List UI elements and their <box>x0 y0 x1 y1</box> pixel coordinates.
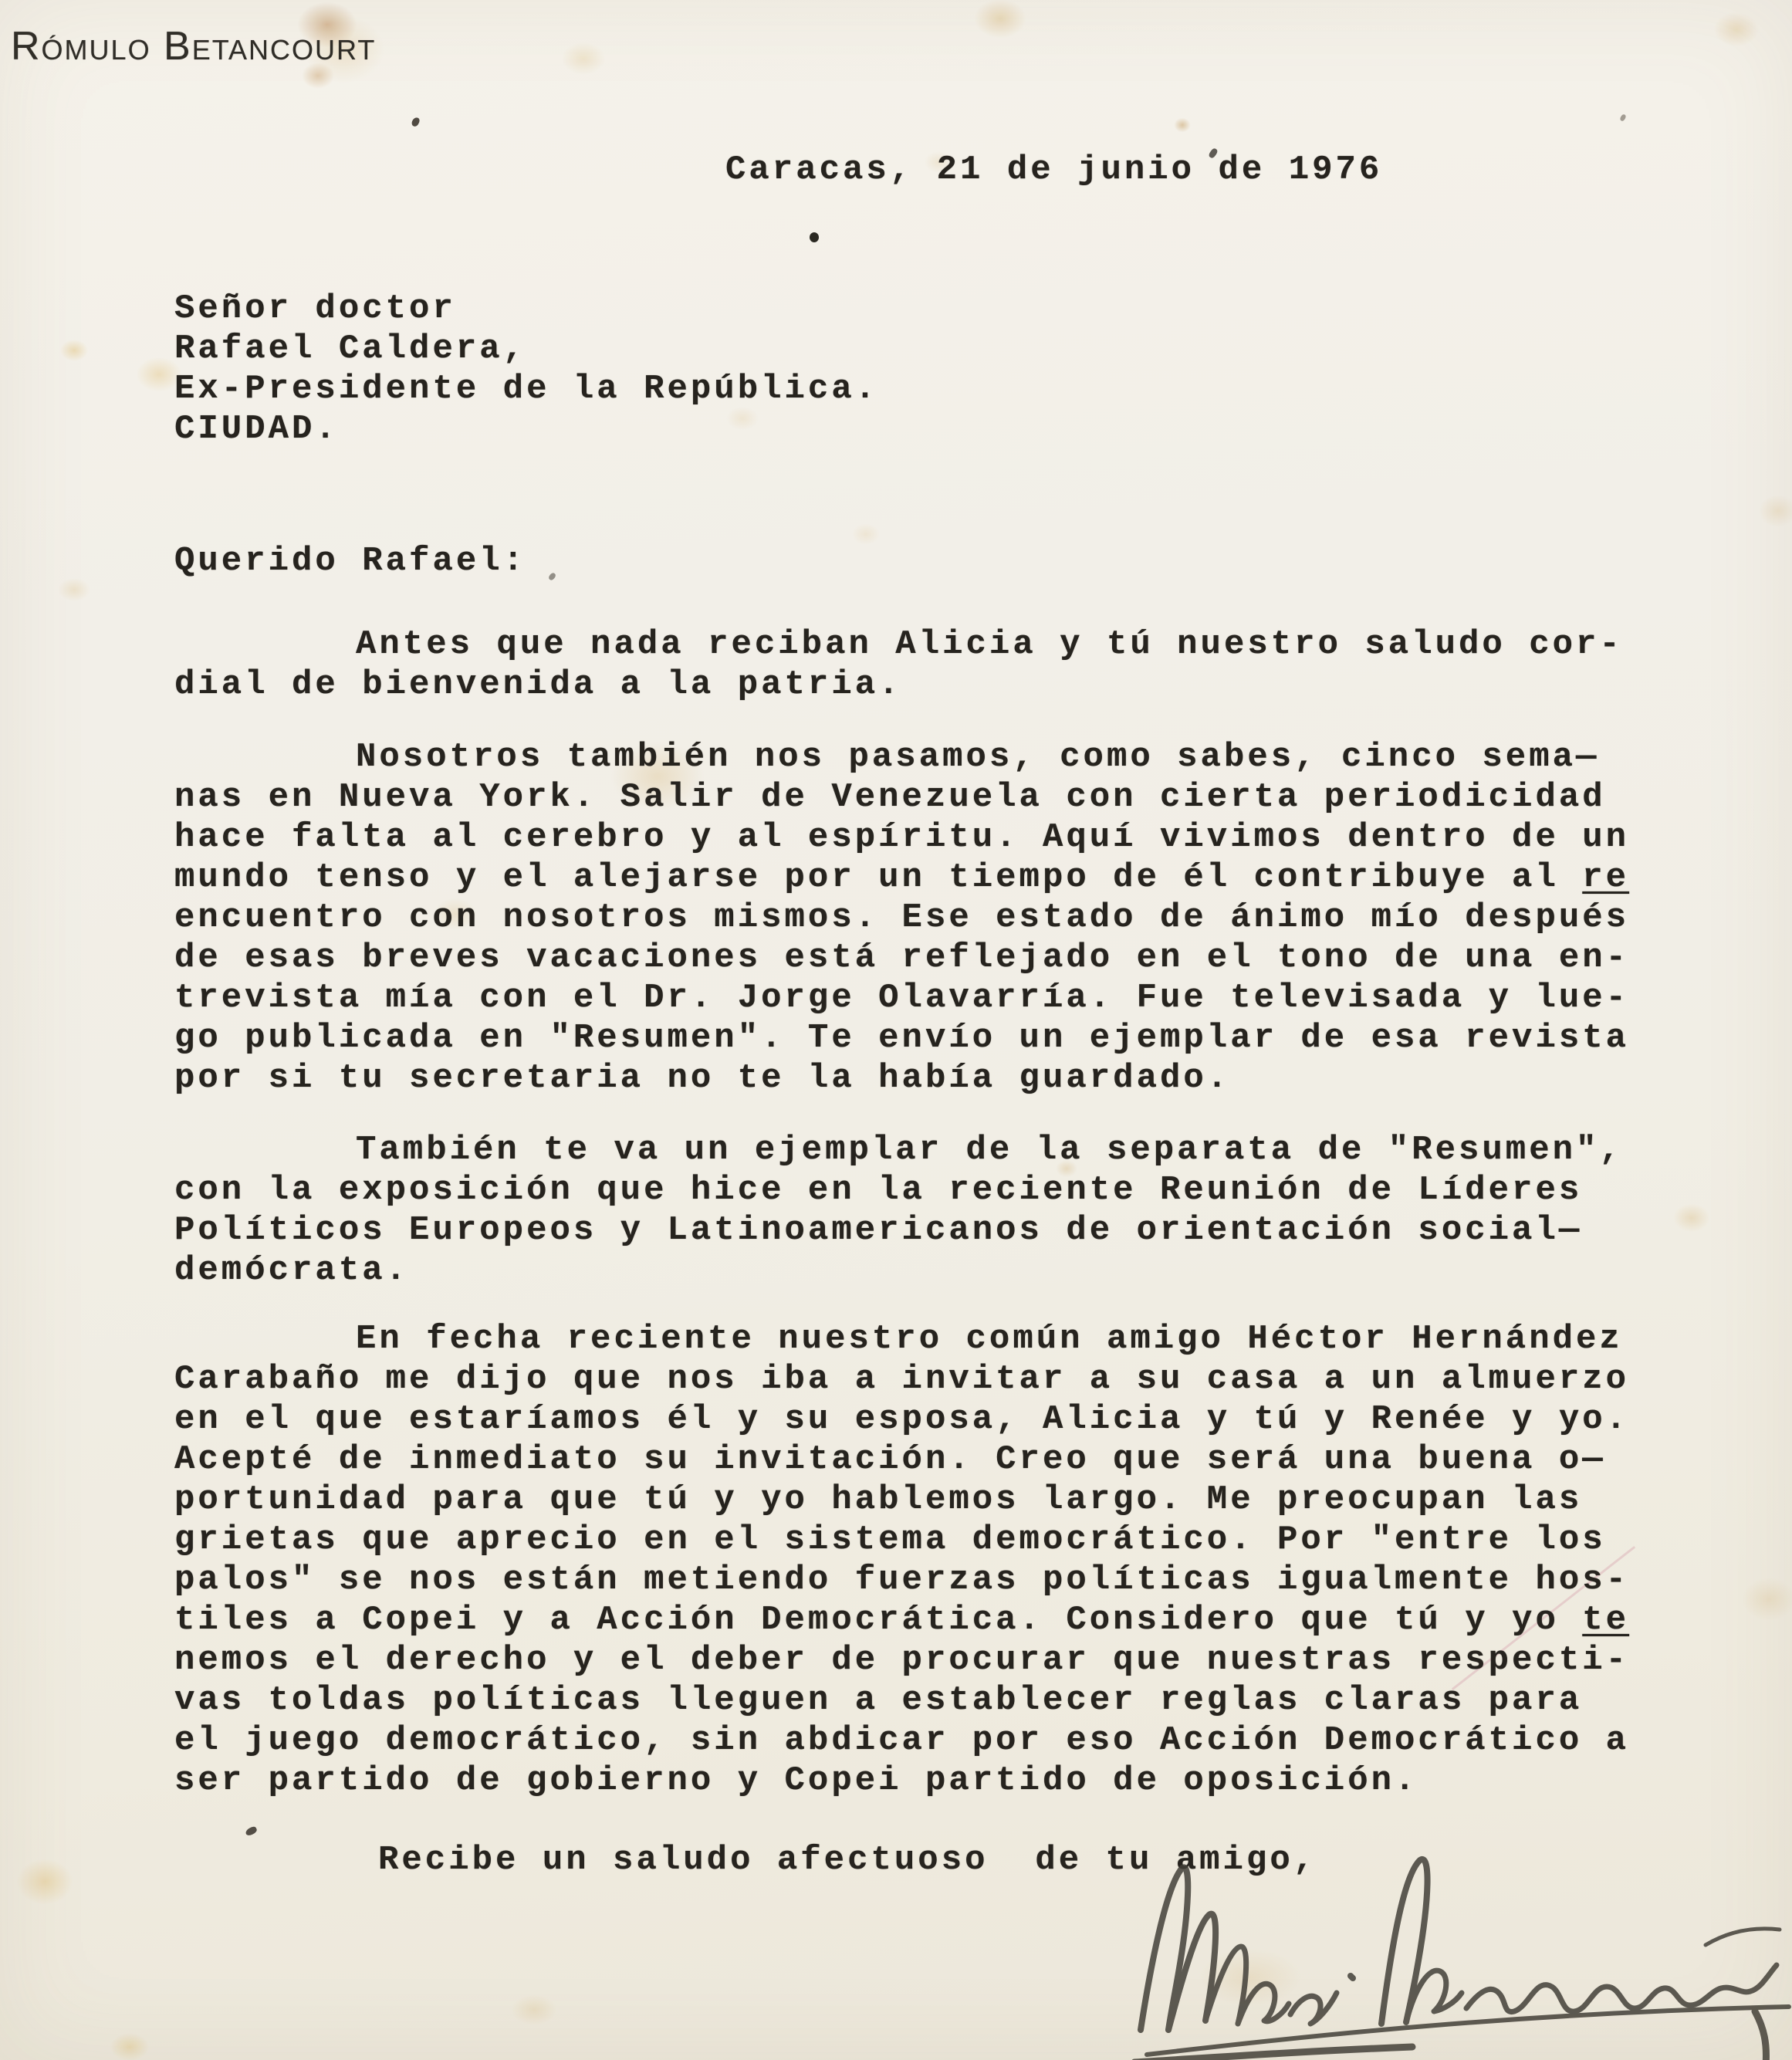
recipient-line: Señor doctor <box>174 289 878 329</box>
ink-speck <box>245 1825 258 1836</box>
ink-speck <box>548 572 557 581</box>
letter-page: Rómulo Betancourt Caracas, 21 de junio d… <box>0 0 1792 2060</box>
line-text: Nosotros también nos pasamos, como sabes… <box>356 738 1599 776</box>
line-text: hace falta al cerebro y al espíritu. Aqu… <box>174 818 1629 857</box>
typed-line: También te va un ejemplar de la separata… <box>174 1130 1623 1170</box>
line-text: nemos el derecho y el deber de procurar … <box>174 1641 1629 1679</box>
line-text: nas en Nueva York. Salir de Venezuela co… <box>174 778 1606 817</box>
line-text: el juego democrático, sin abdicar por es… <box>174 1721 1629 1760</box>
recipient-line: Ex-Presidente de la República. <box>174 369 878 409</box>
typed-line: de esas breves vacaciones está reflejado… <box>174 938 1629 978</box>
recipient-line: Rafael Caldera, <box>174 329 878 369</box>
signature-handwriting <box>1119 1829 1792 2060</box>
line-text: portunidad para que tú y yo hablemos lar… <box>174 1480 1582 1519</box>
typed-line: en el que estaríamos él y su esposa, Ali… <box>174 1399 1629 1439</box>
typed-line: nas en Nueva York. Salir de Venezuela co… <box>174 777 1629 817</box>
paragraph-1: Antes que nada reciban Alicia y tú nuest… <box>174 624 1623 705</box>
typed-line: hace falta al cerebro y al espíritu. Aqu… <box>174 817 1629 857</box>
paragraph-3: También te va un ejemplar de la separata… <box>174 1130 1623 1290</box>
typed-line: demócrata. <box>174 1250 1623 1290</box>
typed-line: ser partido de gobierno y Copei partido … <box>174 1761 1629 1801</box>
typed-line: Antes que nada reciban Alicia y tú nuest… <box>174 624 1623 665</box>
line-text: dial de bienvenida a la patria. <box>174 665 902 704</box>
typed-line: tiles a Copei y a Acción Democrática. Co… <box>174 1600 1629 1640</box>
letterhead-name: Rómulo Betancourt <box>11 23 376 69</box>
line-text: En fecha reciente nuestro común amigo Hé… <box>356 1320 1623 1358</box>
typed-line: el juego democrático, sin abdicar por es… <box>174 1720 1629 1761</box>
typed-line: trevista mía con el Dr. Jorge Olavarría.… <box>174 978 1629 1018</box>
line-text: demócrata. <box>174 1251 409 1290</box>
ink-speck <box>810 232 819 242</box>
ink-speck <box>411 117 421 127</box>
typed-line: nemos el derecho y el deber de procurar … <box>174 1640 1629 1680</box>
typed-line: En fecha reciente nuestro común amigo Hé… <box>174 1319 1629 1359</box>
typed-line: dial de bienvenida a la patria. <box>174 665 1623 705</box>
line-underlined-tail: te <box>1582 1601 1629 1639</box>
line-text: ser partido de gobierno y Copei partido … <box>174 1761 1418 1800</box>
line-text: mundo tenso y el alejarse por un tiempo … <box>174 858 1582 897</box>
typed-line: Políticos Europeos y Latinoamericanos de… <box>174 1210 1623 1250</box>
typed-line: grietas que aprecio en el sistema democr… <box>174 1520 1629 1560</box>
typed-line: portunidad para que tú y yo hablemos lar… <box>174 1480 1629 1520</box>
typed-line: vas toldas políticas lleguen a establece… <box>174 1680 1629 1720</box>
typed-line: Nosotros también nos pasamos, como sabes… <box>174 737 1629 777</box>
line-text: con la exposición que hice en la recient… <box>174 1171 1582 1209</box>
line-text: Acepté de inmediato su invitación. Creo … <box>174 1440 1606 1479</box>
line-text: vas toldas políticas lleguen a establece… <box>174 1681 1582 1720</box>
typed-line: por si tu secretaria no te la había guar… <box>174 1058 1629 1098</box>
recipient-block: Señor doctor Rafael Caldera, Ex-Presiden… <box>174 289 878 449</box>
line-underlined-tail: re <box>1582 858 1629 897</box>
line-text: También te va un ejemplar de la separata… <box>356 1131 1623 1169</box>
line-text: tiles a Copei y a Acción Democrática. Co… <box>174 1601 1582 1639</box>
paragraph-2: Nosotros también nos pasamos, como sabes… <box>174 737 1629 1098</box>
typed-line: encuentro con nosotros mismos. Ese estad… <box>174 898 1629 938</box>
typed-line: go publicada en "Resumen". Te envío un e… <box>174 1018 1629 1058</box>
typed-line: con la exposición que hice en la recient… <box>174 1170 1623 1210</box>
line-text: encuentro con nosotros mismos. Ese estad… <box>174 898 1629 937</box>
line-text: trevista mía con el Dr. Jorge Olavarría.… <box>174 979 1629 1017</box>
line-text: en el que estaríamos él y su esposa, Ali… <box>174 1400 1629 1439</box>
line-text: Antes que nada reciban Alicia y tú nuest… <box>356 625 1623 664</box>
ink-speck <box>1619 113 1627 122</box>
line-text: go publicada en "Resumen". Te envío un e… <box>174 1019 1629 1057</box>
line-text: palos" se nos están metiendo fuerzas pol… <box>174 1561 1629 1599</box>
date-line: Caracas, 21 de junio de 1976 <box>725 150 1382 190</box>
typed-line: Acepté de inmediato su invitación. Creo … <box>174 1439 1629 1480</box>
line-text: Políticos Europeos y Latinoamericanos de… <box>174 1211 1582 1250</box>
recipient-line: CIUDAD. <box>174 409 878 449</box>
line-text: por si tu secretaria no te la había guar… <box>174 1059 1230 1098</box>
salutation: Querido Rafael: <box>174 541 526 581</box>
typed-line: mundo tenso y el alejarse por un tiempo … <box>174 857 1629 898</box>
paragraph-4: En fecha reciente nuestro común amigo Hé… <box>174 1319 1629 1801</box>
line-text: de esas breves vacaciones está reflejado… <box>174 939 1629 977</box>
line-text: grietas que aprecio en el sistema democr… <box>174 1520 1606 1559</box>
typed-line: Carabaño me dijo que nos iba a invitar a… <box>174 1359 1629 1399</box>
line-text: Carabaño me dijo que nos iba a invitar a… <box>174 1360 1629 1399</box>
typed-line: palos" se nos están metiendo fuerzas pol… <box>174 1560 1629 1600</box>
